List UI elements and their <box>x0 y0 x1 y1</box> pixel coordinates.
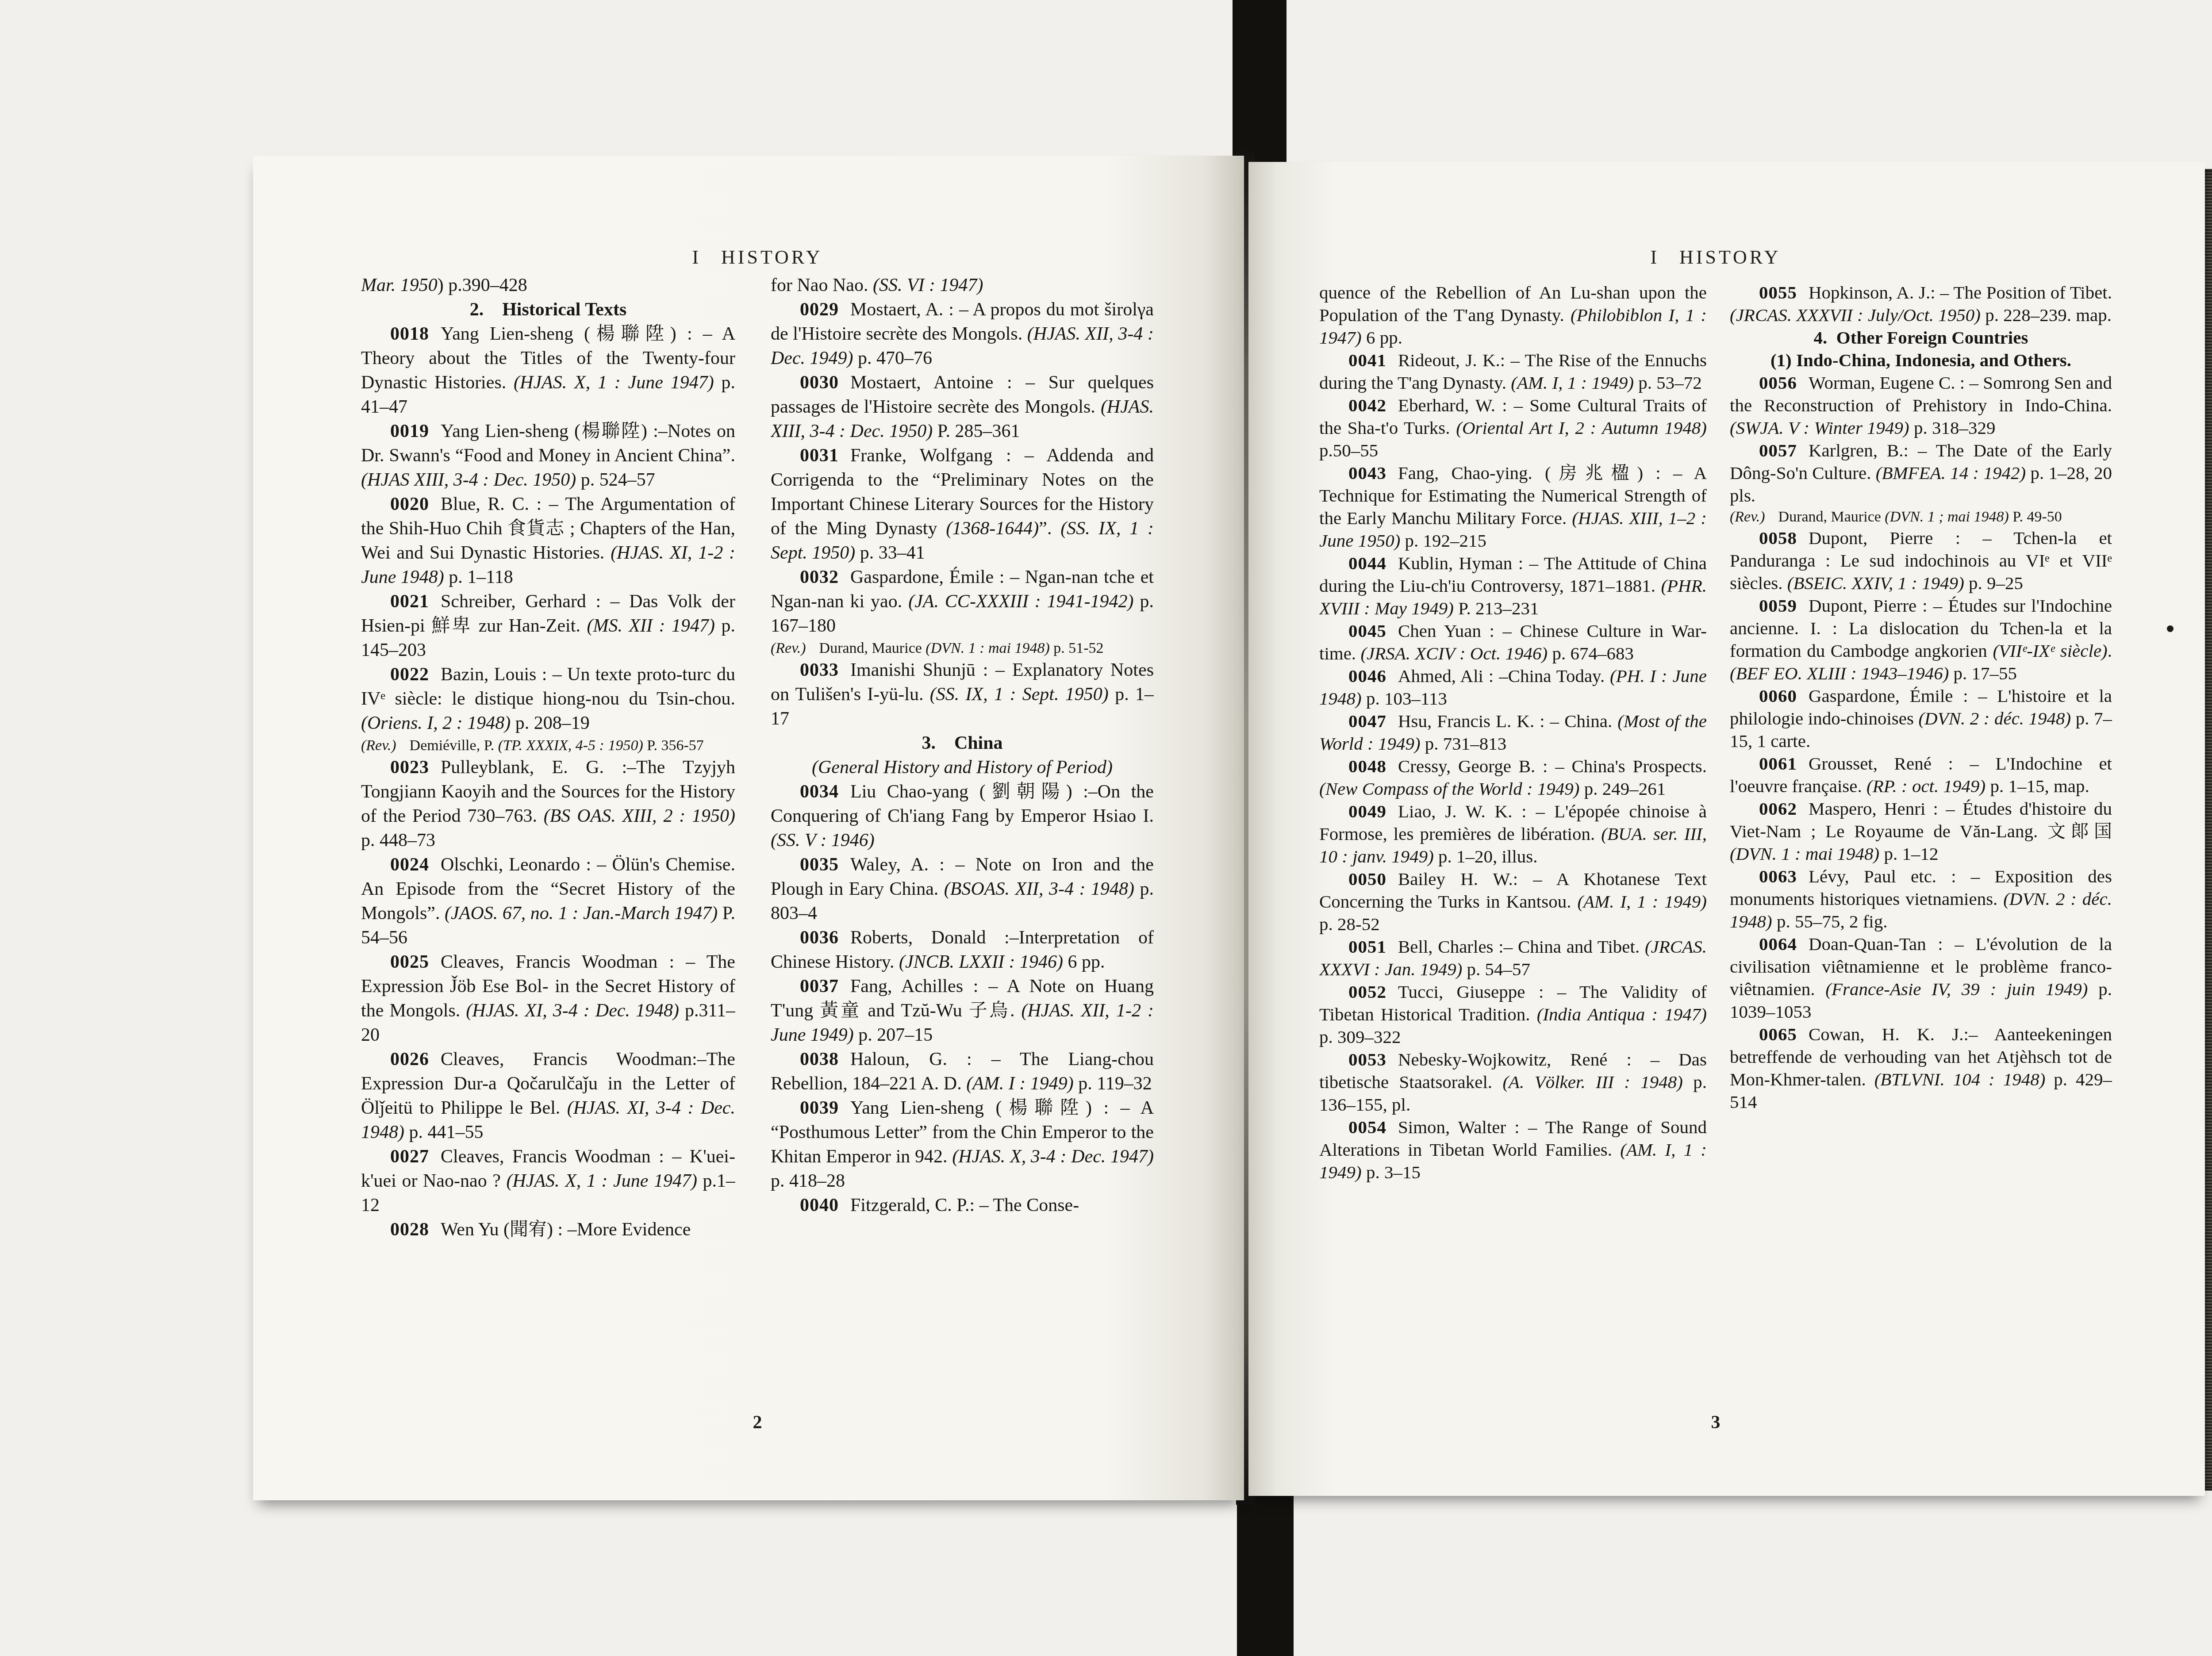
text-segment: 0038 <box>800 1049 839 1069</box>
text-segment: . <box>2108 640 2112 661</box>
text-segment: (HJAS. XI, 3-4 : Dec. 1948) <box>466 1000 679 1021</box>
bib-entry: 0054Simon, Walter : – The Range of Sound… <box>1319 1116 1707 1184</box>
text-segment: p. 119–32 <box>1074 1073 1152 1094</box>
text-segment: p. 448–73 <box>361 830 435 851</box>
text-segment: 0049 <box>1348 801 1386 821</box>
running-head-right: I HISTORY <box>1319 246 2112 268</box>
bib-entry: 0025Cleaves, Francis Woodman : – The Exp… <box>361 950 735 1047</box>
text-segment: (DVN. 2 : déc. 1948) <box>1918 708 2071 728</box>
text-segment: 0051 <box>1348 936 1386 957</box>
text-segment: p. 9–25 <box>1964 573 2023 593</box>
text-segment: p. 418–28 <box>771 1171 845 1191</box>
text-segment: Ahmed, Ali : –China Today. <box>1398 666 1610 686</box>
bib-entry: 0061Grousset, René : – L'Indochine et l'… <box>1730 752 2112 797</box>
bib-entry: 0037Fang, Achilles : – A Note on Huang T… <box>771 974 1154 1047</box>
text-segment: (HJAS. X, 1 : June 1947) <box>506 1171 697 1191</box>
text-segment: (A. Völker. III : 1948) <box>1502 1072 1683 1092</box>
text-segment: p. 33–41 <box>855 543 925 563</box>
text-segment: 0055 <box>1759 282 1797 303</box>
text-segment: Fitzgerald, C. P.: – The Conse- <box>850 1195 1079 1215</box>
bib-entry: 0056Worman, Eugene C. : – Somrong Sen an… <box>1730 372 2112 439</box>
bib-entry: 0032Gaspardone, Émile : – Ngan-nan tche … <box>771 565 1154 638</box>
text-segment: ) p.390–428 <box>438 275 527 295</box>
text-segment: 0065 <box>1759 1024 1797 1044</box>
text-segment: (JAOS. 67, no. 1 : Jan.-March 1947) <box>445 903 718 924</box>
entry-continuation: for Nao Nao. (SS. VI : 1947) <box>771 273 1154 298</box>
text-segment: (BS OAS. XIII, 2 : 1950) <box>544 806 735 826</box>
bib-entry: 0030Mostaert, Antoine : – Sur quelques p… <box>771 371 1154 444</box>
bib-entry: 0051Bell, Charles :– China and Tibet. (J… <box>1319 935 1707 981</box>
bib-entry: 0041Rideout, J. K.: – The Rise of the En… <box>1319 349 1707 394</box>
text-segment: 0043 <box>1348 463 1386 483</box>
book-fore-edge <box>2205 169 2212 1491</box>
text-segment: (DVN. 1 : mai 1948) <box>926 640 1049 656</box>
text-segment: (SS. IX, 1 : Sept. 1950) <box>930 684 1109 705</box>
bib-entry: 0048Cressy, George B. : – China's Prospe… <box>1319 755 1707 800</box>
text-segment: 0021 <box>390 591 429 612</box>
bib-entry: 0042Eberhard, W. : – Some Cultural Trait… <box>1319 394 1707 462</box>
text-segment: 0061 <box>1759 753 1797 774</box>
text-segment: 0047 <box>1348 711 1386 731</box>
text-segment: 0042 <box>1348 395 1386 415</box>
text-segment: 0028 <box>390 1219 429 1240</box>
text-segment: p. 53–72 <box>1634 372 1702 393</box>
gutter-backdrop-top <box>1233 0 1286 165</box>
entry-continuation: quence of the Rebellion of An Lu-shan up… <box>1319 281 1707 349</box>
bib-entry: 0026Cleaves, Francis Woodman:–The Expres… <box>361 1047 735 1145</box>
text-segment: (TP. XXXIX, 4-5 : 1950) <box>498 737 643 754</box>
text-segment: 0025 <box>390 952 429 972</box>
text-segment: (MS. XII : 1947) <box>587 616 715 636</box>
text-segment: (AM. I, 1 : 1949) <box>1577 891 1707 912</box>
bib-entry: 0024Olschki, Leonardo : – Ölün's Chemise… <box>361 853 735 950</box>
text-segment: 0048 <box>1348 756 1386 776</box>
bib-entry: 0018Yang Lien-sheng (楊聯陞) : – A Theory a… <box>361 322 735 419</box>
bib-entry: 0049Liao, J. W. K. : – L'épopée chinoise… <box>1319 800 1707 868</box>
text-segment: Durand, Maurice <box>1778 509 1885 525</box>
text-segment: (Rev.) <box>361 737 396 754</box>
text-segment: (SS. VI : 1947) <box>873 275 983 295</box>
text-segment: P. 213–231 <box>1454 598 1539 618</box>
bib-entry: 0040Fitzgerald, C. P.: – The Conse- <box>771 1193 1154 1218</box>
text-segment: 0020 <box>390 494 429 514</box>
text-segment: (Oriental Art I, 2 : Autumn 1948) <box>1456 418 1707 438</box>
bib-entry: 0019Yang Lien-sheng (楊聯陞) :–Notes on Dr.… <box>361 419 735 492</box>
text-segment: 0050 <box>1348 869 1386 889</box>
text-segment: 0046 <box>1348 666 1386 686</box>
text-segment: p. 55–75, 2 fig. <box>1772 911 1888 931</box>
text-segment: p. 309–322 <box>1319 1027 1401 1047</box>
text-segment: 0024 <box>390 855 429 875</box>
text-segment: 6 pp. <box>1063 952 1105 972</box>
text-segment: Cressy, George B. : – China's Prospects. <box>1398 756 1707 776</box>
text-segment: 0030 <box>800 372 839 393</box>
text-segment: P. 285–361 <box>933 421 1020 441</box>
text-segment: p. 674–683 <box>1548 643 1634 663</box>
text-segment: 0022 <box>390 664 429 685</box>
review-note: (Rev.)Demiéville, P. (TP. XXXIX, 4-5 : 1… <box>361 736 735 755</box>
text-segment: p. 3–15 <box>1362 1162 1421 1182</box>
bib-entry: 0045Chen Yuan : – Chinese Culture in War… <box>1319 620 1707 665</box>
entry-continuation: Mar. 1950) p.390–428 <box>361 273 735 298</box>
bib-entry: 0028Wen Yu (聞宥) : –More Evidence <box>361 1218 735 1242</box>
bib-entry: 0039Yang Lien-sheng (楊聯陞) : – A “Posthum… <box>771 1096 1154 1193</box>
text-segment: 0018 <box>390 324 429 344</box>
gutter-backdrop-bottom <box>1237 1493 1294 1656</box>
text-segment: (Rev.) <box>771 640 806 656</box>
text-segment: (SWJA. V : Winter 1949) <box>1730 418 1909 438</box>
bib-entry: 0065Cowan, H. K. J.:– Aanteekeningen bet… <box>1730 1023 2112 1113</box>
text-segment: (HJAS. X, 3-4 : Dec. 1947) <box>952 1146 1154 1167</box>
text-segment: p. 524–57 <box>576 470 655 490</box>
bib-entry: 0050Bailey H. W.: – A Khotanese Text Con… <box>1319 868 1707 935</box>
text-segment: (JA. CC-XXXIII : 1941-1942) <box>908 591 1133 612</box>
text-segment: p. 51-52 <box>1050 640 1104 656</box>
bib-entry: 0038Haloun, G. : – The Liang-chou Rebell… <box>771 1047 1154 1096</box>
text-segment: p. 103–113 <box>1362 688 1447 709</box>
text-segment: 0027 <box>390 1146 429 1167</box>
text-segment: 2. Historical Texts <box>470 299 627 320</box>
page-number-right: 3 <box>1319 1412 2112 1433</box>
bib-entry: 0043Fang, Chao-ying. (房兆楹) : – A Techniq… <box>1319 462 1707 552</box>
bib-entry: 0062Maspero, Henri : – Études d'histoire… <box>1730 797 2112 865</box>
text-segment: 0059 <box>1759 595 1797 616</box>
text-segment: 0062 <box>1759 798 1797 819</box>
text-segment: 0041 <box>1348 350 1386 370</box>
text-segment: (1) Indo-China, Indonesia, and Others. <box>1770 350 2071 370</box>
bib-entry: 0031Franke, Wolfgang : – Addenda and Cor… <box>771 444 1154 565</box>
text-segment: Mar. 1950 <box>361 275 438 295</box>
text-segment: (JNCB. LXXII : 1946) <box>899 952 1063 972</box>
ink-dot-mark <box>2167 625 2174 632</box>
text-segment: p. 54–57 <box>1462 959 1530 979</box>
text-segment: 0064 <box>1759 934 1797 954</box>
bib-entry: 0058Dupont, Pierre : – Tchen-la et Pandu… <box>1730 527 2112 594</box>
bibliography-column-left-2: for Nao Nao. (SS. VI : 1947)0029Mostaert… <box>771 273 1154 1428</box>
text-segment: Durand, Maurice <box>819 640 926 656</box>
text-segment: p. 318–329 <box>1909 418 1996 438</box>
text-segment: 0044 <box>1348 553 1386 573</box>
text-segment: (General History and History of Period) <box>812 757 1113 778</box>
book-photo-scene: I HISTORY I HISTORY Mar. 1950) p.390–428… <box>0 0 2212 1656</box>
text-segment: (HJAS. X, 1 : June 1947) <box>514 372 714 393</box>
text-segment: (BEF EO. XLIII : 1943–1946) <box>1730 663 1949 683</box>
bib-entry: 0036Roberts, Donald :–Interpretation of … <box>771 926 1154 974</box>
text-segment: Hsu, Francis L. K. : – China. <box>1398 711 1617 731</box>
bibliography-column-right-1: quence of the Rebellion of An Lu-shan up… <box>1319 281 1707 1427</box>
text-segment: 0031 <box>800 445 839 466</box>
text-segment: (BSOAS. XII, 3-4 : 1948) <box>944 879 1134 899</box>
text-segment: 0053 <box>1348 1049 1386 1069</box>
bib-entry: 0059Dupont, Pierre : – Études sur l'Indo… <box>1730 594 2112 685</box>
text-segment: p. 207–15 <box>854 1025 933 1045</box>
bib-entry: 0046Ahmed, Ali : –China Today. (PH. I : … <box>1319 665 1707 710</box>
text-segment: 0023 <box>390 757 429 778</box>
bib-entry: 0053Nebesky-Wojkowitz, René : – Das tibe… <box>1319 1048 1707 1116</box>
text-segment: p. 192–215 <box>1400 530 1486 551</box>
text-segment: p. 28-52 <box>1319 914 1380 934</box>
text-segment: ”. <box>1039 518 1060 539</box>
text-segment: (France-Asie IV, 39 : juin 1949) <box>1825 979 2088 999</box>
text-segment: Wen Yu (聞宥) : –More Evidence <box>441 1219 691 1240</box>
text-segment: 0033 <box>800 660 839 680</box>
bibliography-column-left-1: Mar. 1950) p.390–4282. Historical Texts0… <box>361 273 735 1428</box>
text-segment: p. 249–261 <box>1579 778 1666 799</box>
section-subheading: (General History and History of Period) <box>771 755 1154 780</box>
text-segment: (VIIᵉ-IXᵉ siècle) <box>1993 640 2107 661</box>
text-segment: 0045 <box>1348 621 1386 641</box>
text-segment: (AM. I : 1949) <box>966 1073 1074 1094</box>
text-segment: (BMFEA. 14 : 1942) <box>1876 463 2026 483</box>
text-segment: 0036 <box>800 928 839 948</box>
text-segment: (1368-1644) <box>946 518 1039 539</box>
text-segment: 0037 <box>800 976 839 997</box>
bib-entry: 0057Karlgren, B.: – The Date of the Earl… <box>1730 439 2112 507</box>
running-head-left: I HISTORY <box>361 246 1154 268</box>
bib-entry: 0035Waley, A. : – Note on Iron and the P… <box>771 853 1154 926</box>
text-segment: (DVN. 1 : mai 1948) <box>1730 843 1879 864</box>
text-segment: p. 1–118 <box>444 567 513 587</box>
bib-entry: 0060Gaspardone, Émile : – L'histoire et … <box>1730 685 2112 752</box>
text-segment: 0029 <box>800 299 839 320</box>
text-segment: Demiéville, P. <box>410 737 498 754</box>
text-segment: 0039 <box>800 1098 839 1118</box>
text-segment: (India Antiqua : 1947) <box>1537 1004 1707 1024</box>
text-segment: 0063 <box>1759 866 1797 886</box>
text-segment: 3. China <box>922 733 1002 753</box>
bib-entry: 0023Pulleyblank, E. G. :–The Tzyjyh Tong… <box>361 755 735 853</box>
text-segment: 0026 <box>390 1049 429 1069</box>
section-heading: 4. Other Foreign Countries <box>1730 326 2112 349</box>
text-segment: P. 356-57 <box>643 737 704 754</box>
text-segment: 0052 <box>1348 981 1386 1002</box>
text-segment: for Nao Nao. <box>771 275 873 295</box>
text-segment: 0032 <box>800 567 839 587</box>
text-segment: Hopkinson, A. J.: – The Position of Tibe… <box>1809 282 2112 303</box>
text-segment: P. 49-50 <box>2009 509 2062 525</box>
text-segment: (AM. I, 1 : 1949) <box>1511 372 1634 393</box>
text-segment: p. 470–76 <box>853 348 933 368</box>
page-number-left: 2 <box>361 1412 1154 1433</box>
section-heading: 3. China <box>771 731 1154 755</box>
text-segment: 0040 <box>800 1195 839 1215</box>
text-segment: Bell, Charles :– China and Tibet. <box>1398 936 1645 957</box>
review-note: (Rev.)Durand, Maurice (DVN. 1 ; mai 1948… <box>1730 507 2112 527</box>
review-note: (Rev.)Durand, Maurice (DVN. 1 : mai 1948… <box>771 638 1154 658</box>
section-heading: 2. Historical Texts <box>361 298 735 322</box>
text-segment: 0058 <box>1759 528 1797 548</box>
text-segment: p. 1–15, map. <box>1985 776 2089 796</box>
text-segment: 0035 <box>800 855 839 875</box>
text-segment: p. 441–55 <box>404 1122 484 1142</box>
text-segment: p. 731–813 <box>1421 733 1507 754</box>
bib-entry: 0020Blue, R. C. : – The Argumentation of… <box>361 492 735 590</box>
bib-entry: 0022Bazin, Louis : – Un texte proto-turc… <box>361 663 735 736</box>
text-segment: (New Compass of the World : 1949) <box>1319 778 1579 799</box>
bib-entry: 0052Tucci, Giuseppe : – The Validity of … <box>1319 981 1707 1048</box>
bib-entry: 0029Mostaert, A. : – A propos du mot šir… <box>771 298 1154 371</box>
text-segment: 0054 <box>1348 1117 1386 1137</box>
text-segment: p. 17–55 <box>1949 663 2017 683</box>
bib-entry: 0055Hopkinson, A. J.: – The Position of … <box>1730 281 2112 326</box>
text-segment: (RP. : oct. 1949) <box>1866 776 1985 796</box>
text-segment: (SS. V : 1946) <box>771 830 875 851</box>
text-segment: (DVN. 1 ; mai 1948) <box>1885 509 2008 525</box>
text-segment: 0056 <box>1759 372 1797 393</box>
bib-entry: 0044Kublin, Hyman : – The Attitude of Ch… <box>1319 552 1707 620</box>
text-segment: (BTLVNI. 104 : 1948) <box>1874 1069 2046 1089</box>
bibliography-column-right-2: 0055Hopkinson, A. J.: – The Position of … <box>1730 281 2112 1427</box>
bib-entry: 0021Schreiber, Gerhard : – Das Volk der … <box>361 590 735 663</box>
text-segment: 0060 <box>1759 686 1797 706</box>
bib-entry: 0033Imanishi Shunjū : – Explanatory Note… <box>771 658 1154 731</box>
text-segment: p.50–55 <box>1319 440 1378 460</box>
text-segment: (Oriens. I, 2 : 1948) <box>361 713 511 733</box>
text-segment: (HJAS XIII, 3-4 : Dec. 1950) <box>361 470 576 490</box>
bib-entry: 0027Cleaves, Francis Woodman : – K'uei-k… <box>361 1145 735 1218</box>
bib-entry: 0063Lévy, Paul etc. : – Exposition des m… <box>1730 865 2112 933</box>
section-subheading: (1) Indo-China, Indonesia, and Others. <box>1730 349 2112 372</box>
bib-entry: 0047Hsu, Francis L. K. : – China. (Most … <box>1319 710 1707 755</box>
text-segment: 0057 <box>1759 440 1797 460</box>
text-segment: p. 208–19 <box>511 713 590 733</box>
text-segment: (Rev.) <box>1730 509 1765 525</box>
text-segment: (JRSA. XCIV : Oct. 1946) <box>1360 643 1548 663</box>
text-segment: (BSEIC. XXIV, 1 : 1949) <box>1787 573 1964 593</box>
text-segment: 0034 <box>800 782 839 802</box>
bib-entry: 0064Doan-Quan-Tan : – L'évolution de la … <box>1730 933 2112 1023</box>
text-segment: (JRCAS. XXXVII : July/Oct. 1950) <box>1730 305 1981 325</box>
text-segment: p. 1–12 <box>1879 843 1938 864</box>
text-segment: p. 228–239. map. <box>1981 305 2112 325</box>
text-segment: 4. Other Foreign Countries <box>1814 327 2028 348</box>
bib-entry: 0034Liu Chao-yang (劉朝陽) :–On the Conquer… <box>771 780 1154 853</box>
text-segment: 6 pp. <box>1362 327 1402 348</box>
text-segment: 0019 <box>390 421 429 441</box>
text-segment: p. 1–20, illus. <box>1434 846 1538 866</box>
